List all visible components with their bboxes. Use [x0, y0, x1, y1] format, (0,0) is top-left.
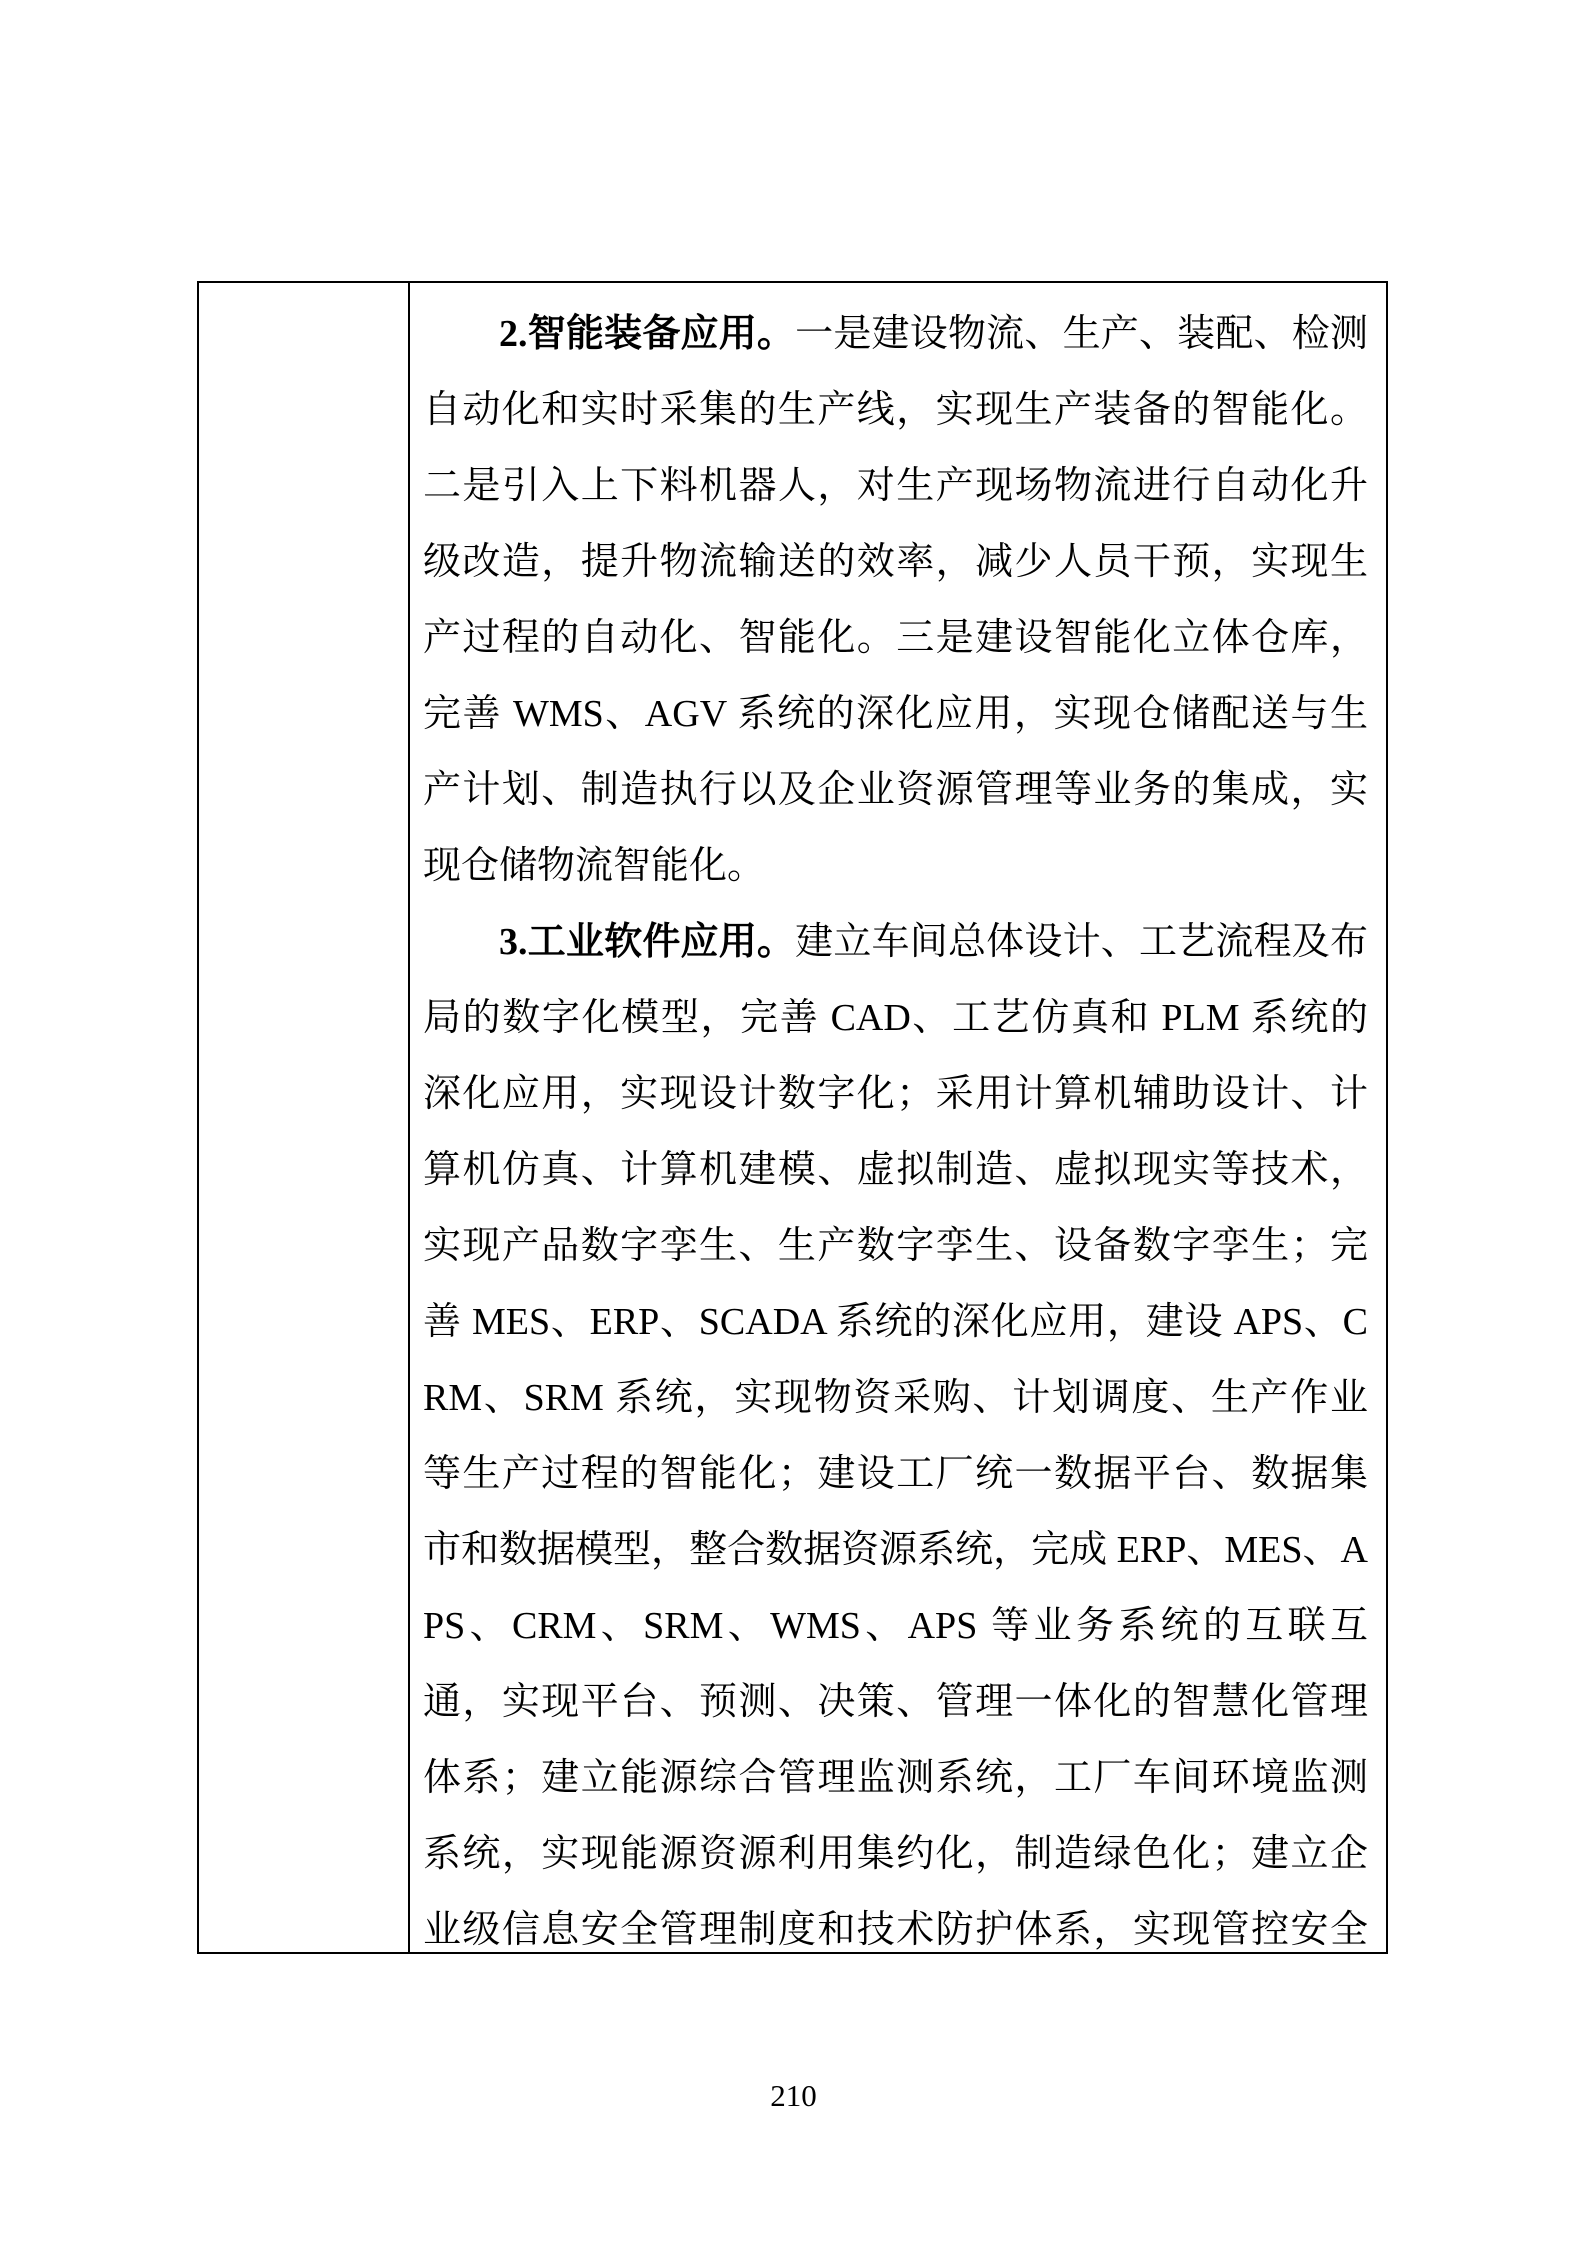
paragraph-label: 3.工业软件应用。 [499, 921, 795, 963]
paragraph: 2.智能装备应用。一是建设物流、生产、装配、检测自动化和实时采集的生产线，实现生… [423, 296, 1368, 904]
document-page: 2.智能装备应用。一是建设物流、生产、装配、检测自动化和实时采集的生产线，实现生… [0, 0, 1587, 2245]
paragraph-label: 2.智能装备应用。 [499, 313, 795, 355]
page-number: 210 [0, 2078, 1587, 2114]
paragraph-body: 一是建设物流、生产、装配、检测自动化和实时采集的生产线，实现生产装备的智能化。二… [423, 313, 1368, 887]
table-cell-left [199, 283, 410, 1952]
table-cell-right: 2.智能装备应用。一是建设物流、生产、装配、检测自动化和实时采集的生产线，实现生… [410, 283, 1386, 1952]
content-table: 2.智能装备应用。一是建设物流、生产、装配、检测自动化和实时采集的生产线，实现生… [197, 281, 1388, 1954]
paragraph-body: 建立车间总体设计、工艺流程及布局的数字化模型，完善 CAD、工艺仿真和 PLM … [423, 921, 1368, 1952]
paragraph: 3.工业软件应用。建立车间总体设计、工艺流程及布局的数字化模型，完善 CAD、工… [423, 904, 1368, 1952]
